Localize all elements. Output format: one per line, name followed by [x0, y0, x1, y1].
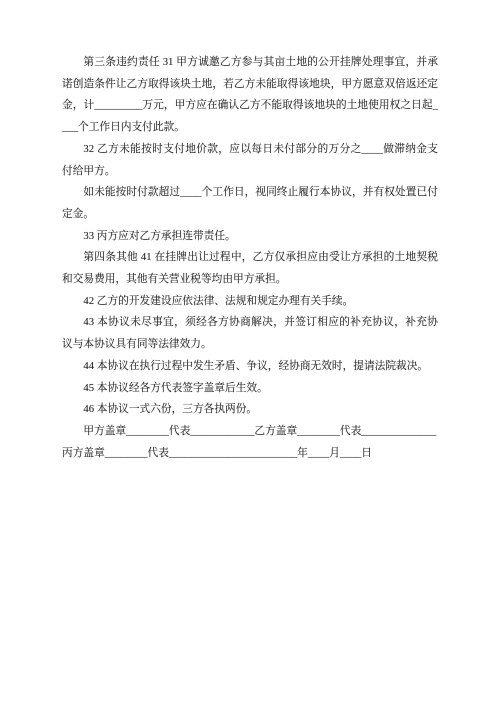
para-signature-line-1: 甲方盖章________代表____________乙方盖章________代表…	[62, 421, 438, 443]
contract-body: 第三条违约责任 31 甲方诚邀乙方参与其亩土地的公开挂牌处理事宜，并承诺创造条件…	[62, 52, 438, 464]
para-clause42: 42 乙方的开发建设应依法律、法规和规定办理有关手续。	[62, 291, 438, 313]
para-clause33: 33 丙方应对乙方承担连带责任。	[62, 226, 438, 248]
para-clause43: 43 本协议未尽事宜，须经各方协商解决，并签订相应的补充协议，补充协议与本协议具…	[62, 312, 438, 355]
para-clause46: 46 本协议一式六份，三方各执两份。	[62, 399, 438, 421]
para-clause44: 44 本协议在执行过程中发生矛盾、争议，经协商无效时，提请法院裁决。	[62, 356, 438, 378]
para-clause32-overdue: 如未能按时付款超过____个工作日，视同终止履行本协议，并有权处置已付定金。	[62, 182, 438, 225]
para-article4-clause41: 第四条其他 41 在挂牌出让过程中，乙方仅承担应由受让方承担的土地契税和交易费用…	[62, 247, 438, 290]
para-clause45: 45 本协议经各方代表签字盖章后生效。	[62, 378, 438, 400]
document-page: 第三条违约责任 31 甲方诚邀乙方参与其亩土地的公开挂牌处理事宜，并承诺创造条件…	[0, 0, 500, 707]
para-article3-clause31: 第三条违约责任 31 甲方诚邀乙方参与其亩土地的公开挂牌处理事宜，并承诺创造条件…	[62, 52, 438, 139]
para-clause32: 32 乙方未能按时支付地价款，应以每日未付部分的万分之____做滞纳金支付给甲方…	[62, 139, 438, 182]
para-signature-line-2: 丙方盖章________代表________________________年_…	[62, 443, 438, 465]
